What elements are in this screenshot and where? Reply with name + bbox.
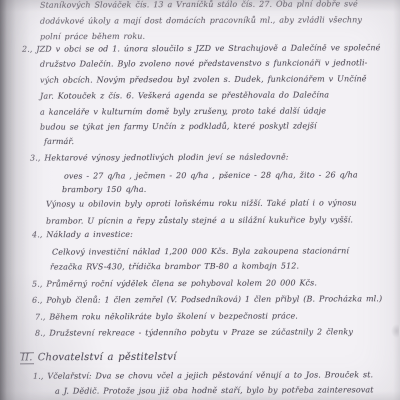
section-roman-numeral: II. xyxy=(20,352,34,364)
handwritten-line: Jar. Kotouček z čís. 6. Veškerá agenda s… xyxy=(40,90,329,100)
handwritten-line: 2., JZD v obci se od 1. února sloučilo s… xyxy=(22,43,380,54)
handwritten-line: Výnosy u obilovin byly oproti loňskému r… xyxy=(46,198,357,208)
handwritten-line: a J. Dědič. Protože jsou již oba hodně s… xyxy=(55,385,374,395)
handwritten-line: 7., Během roku několikráte bylo školení … xyxy=(35,311,298,321)
handwritten-line: budou se týkat jen farmy Unčín z podklad… xyxy=(40,121,317,131)
handwritten-line: 6., Pohyb členů: 1 člen zemřel (V. Podse… xyxy=(32,294,382,305)
handwritten-line crop-yields-line: oves - 27 q/ha , ječmen - 20 q/ha , pšen… xyxy=(64,170,358,180)
handwritten-line: brambor. U pícnin a řepy zůstaly stejné … xyxy=(46,215,353,225)
handwritten-line: 4., Náklady a investice: xyxy=(32,230,133,239)
handwritten-line: farmář. xyxy=(44,137,74,146)
handwritten-line: 5., Průměrný roční výdělek člena se pohy… xyxy=(32,278,317,288)
handwritten-line: vých obcích. Novým předsedou byl zvolen … xyxy=(40,74,367,84)
handwritten-line: řezačka RVS-430, třídička brambor TB-80 … xyxy=(50,261,299,271)
handwritten-line: 8., Družstevní rekreace - týdenního poby… xyxy=(35,327,353,337)
handwritten-line: dodávkové úkoly a mají dost domácích pra… xyxy=(40,15,362,25)
section-title: Chovatelství a pěstitelství xyxy=(38,352,177,364)
section-heading: II.Chovatelství a pěstitelství xyxy=(20,352,177,365)
handwritten-line: 1., Včelařství: Dva se chovu včel a jeji… xyxy=(33,370,373,380)
handwritten-line: 3., Hektarové výnosy jednotlivých plodin… xyxy=(30,152,289,162)
handwritten-line: a kanceláře v kulturním domě byly zrušen… xyxy=(40,106,326,116)
handwritten-content: Staníkových Slováček čís. 13 a Vraníčků … xyxy=(0,0,400,400)
handwritten-line: Celkový investiční náklad 1,200 000 Kčs.… xyxy=(52,246,349,256)
scanned-page: Staníkových Slováček čís. 13 a Vraníčků … xyxy=(0,0,400,400)
handwritten-line crop-yields-line: brambory 150 q/ha. xyxy=(62,185,146,194)
handwritten-line: Staníkových Slováček čís. 13 a Vraníčků … xyxy=(40,0,358,10)
handwritten-line: polní práce během roku. xyxy=(40,32,145,41)
handwritten-line: družstvo Dalečín. Bylo zvoleno nové před… xyxy=(40,58,368,68)
